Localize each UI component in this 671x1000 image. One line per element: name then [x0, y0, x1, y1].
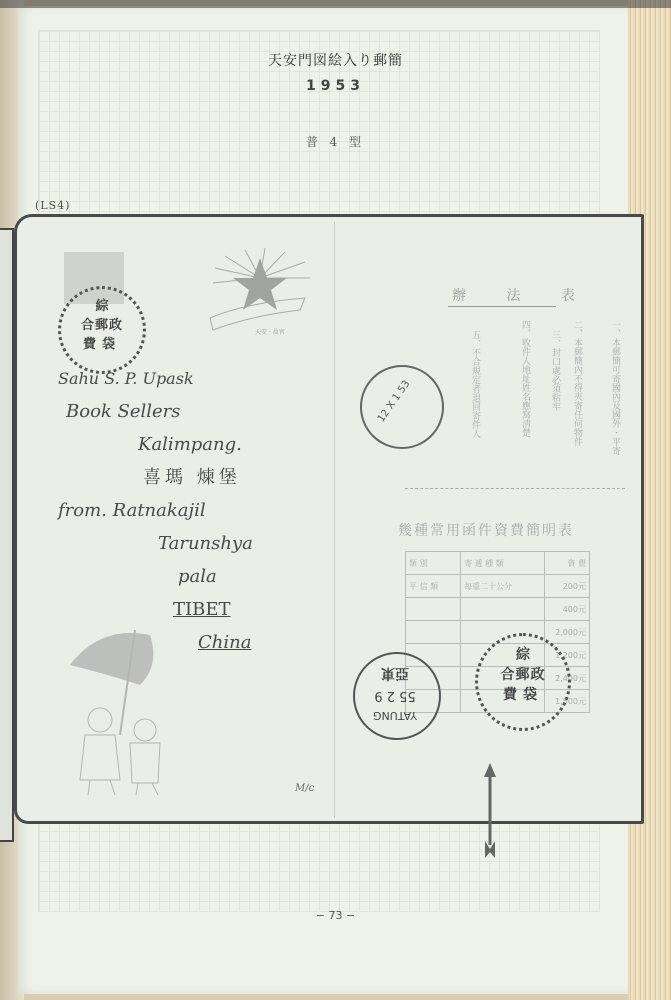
initials: M/c — [295, 783, 314, 794]
address-line: TIBET — [173, 593, 338, 626]
notice-text-column: 五、不合規定者退回寄件人 — [470, 330, 480, 480]
address-line: Kalimpang. — [138, 428, 338, 461]
notice-text-column: 一、本郵簡可寄國內及國外・平寄 — [610, 320, 620, 480]
star-emblem-icon: 天安 · 故宮 — [205, 248, 315, 338]
address-line: China — [198, 626, 338, 659]
table-row: 400元 — [406, 598, 590, 621]
table-header-row: 類 別 寄 遞 種 類 資 費 — [406, 552, 590, 575]
catalog-code: (LS4) — [35, 199, 70, 212]
table-cell — [406, 598, 461, 621]
svg-text:天安 · 故宮: 天安 · 故宮 — [255, 328, 285, 336]
postmark-city: YATUNG — [360, 709, 430, 722]
page-year: 1953 — [0, 78, 671, 94]
type-label: 普 4 型 — [0, 133, 671, 150]
yatung-postmark-text: YATUNG 55 2 9 亞東 — [360, 664, 430, 726]
notice-underline — [448, 306, 556, 307]
postmark-char: 綜 — [61, 295, 143, 314]
postmark-chars: 亞東 — [360, 664, 430, 684]
table-cell: 2,000元 — [545, 621, 590, 644]
table-header: 類 別 — [406, 552, 461, 575]
notice-text-column: 二、本郵簡內不得夾寄任何物件 — [572, 320, 582, 480]
dotted-postmark-left: 綜 合郵政 費袋 — [58, 286, 146, 374]
address-line: from. Ratnakajil — [58, 494, 338, 527]
fee-table-title: 幾種常用函件資費簡明表 — [398, 520, 574, 540]
dotted-postmark-right: 綜 合郵政 費袋 — [475, 633, 571, 731]
children-with-flag-illustration — [60, 605, 190, 800]
address-line: Tarunshya — [158, 527, 338, 560]
page-number: − 73 − — [0, 909, 671, 922]
table-cell — [406, 621, 461, 644]
table-cell: 每重二十公分 — [461, 575, 545, 598]
table-cell: 200元 — [545, 575, 590, 598]
address-line: Sahu S. P. Upask — [58, 362, 338, 395]
table-cell: 400元 — [545, 598, 590, 621]
table-cell — [461, 598, 545, 621]
notice-title: 辦 法 表 — [452, 285, 593, 305]
notice-text-column: 三、封口處必須粘牢 — [550, 330, 560, 480]
address-line: pala — [178, 560, 338, 593]
table-cell: 平 信 類 — [406, 575, 461, 598]
postmark-date: 55 2 9 — [360, 688, 430, 703]
address-line: 喜瑪 煉堡 — [143, 461, 338, 494]
postmark-char: 合郵政 — [61, 314, 143, 333]
postmark-char: 費袋 — [61, 333, 143, 352]
page-title: 天安門図絵入り郵簡 — [0, 50, 671, 70]
table-header: 資 費 — [545, 552, 590, 575]
address-line: Book Sellers — [66, 395, 338, 428]
separator-line — [405, 488, 625, 490]
arrow-up-icon — [482, 763, 498, 858]
top-shadow — [0, 0, 671, 8]
postmark-char: 綜 — [478, 644, 568, 664]
notice-text-column: 四、收件人地址姓名應寫清楚 — [520, 320, 530, 480]
table-row: 平 信 類每重二十公分200元 — [406, 575, 590, 598]
postmark-char: 合郵政 — [478, 664, 568, 684]
postmark-char: 費袋 — [478, 684, 568, 704]
circular-postmark-top — [360, 365, 444, 449]
table-header: 寄 遞 種 類 — [461, 552, 545, 575]
previous-sheet-edge — [0, 228, 14, 842]
